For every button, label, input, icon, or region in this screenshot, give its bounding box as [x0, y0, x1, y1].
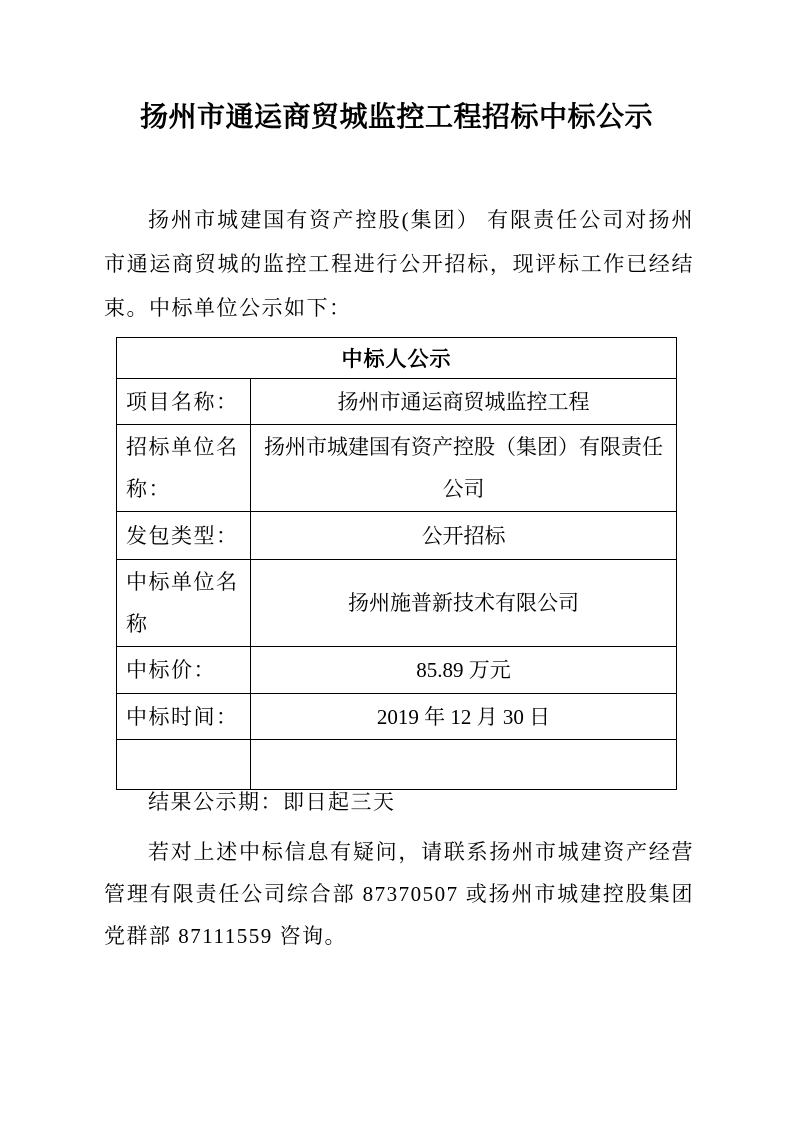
row-label: 中标单位名称 [117, 560, 251, 647]
row-value: 扬州施普新技术有限公司 [251, 560, 677, 647]
document-title: 扬州市通运商贸城监控工程招标中标公示 [0, 98, 793, 138]
contact-paragraph: 若对上述中标信息有疑问，请联系扬州市城建资产经营管理有限责任公司综合部 8737… [104, 831, 694, 957]
table-row: 招标单位名称： 扬州市城建国有资产控股（集团）有限责任公司 [117, 425, 677, 512]
table-row: 发包类型： 公开招标 [117, 512, 677, 560]
row-value: 公开招标 [251, 512, 677, 560]
row-value: 85.89 万元 [251, 647, 677, 694]
table-header-row: 中标人公示 [117, 338, 677, 379]
table-row: 中标单位名称 扬州施普新技术有限公司 [117, 560, 677, 647]
row-label: 项目名称： [117, 379, 251, 425]
row-value: 2019 年 12 月 30 日 [251, 694, 677, 740]
row-label: 中标价： [117, 647, 251, 694]
row-value: 扬州市城建国有资产控股（集团）有限责任公司 [251, 425, 677, 512]
intro-paragraph: 扬州市城建国有资产控股(集团） 有限责任公司对扬州市通运商贸城的监控工程进行公开… [104, 198, 694, 330]
publicity-period: 结果公示期：即日起三天 [104, 780, 694, 824]
table-row: 中标价： 85.89 万元 [117, 647, 677, 694]
bid-result-table: 中标人公示 项目名称： 扬州市通运商贸城监控工程 招标单位名称： 扬州市城建国有… [116, 337, 677, 790]
table-row: 中标时间： 2019 年 12 月 30 日 [117, 694, 677, 740]
row-label: 发包类型： [117, 512, 251, 560]
row-value: 扬州市通运商贸城监控工程 [251, 379, 677, 425]
table-title: 中标人公示 [117, 338, 677, 379]
row-label: 中标时间： [117, 694, 251, 740]
row-label: 招标单位名称： [117, 425, 251, 512]
table-row: 项目名称： 扬州市通运商贸城监控工程 [117, 379, 677, 425]
document-page: 扬州市通运商贸城监控工程招标中标公示 扬州市城建国有资产控股(集团） 有限责任公… [0, 0, 793, 1122]
